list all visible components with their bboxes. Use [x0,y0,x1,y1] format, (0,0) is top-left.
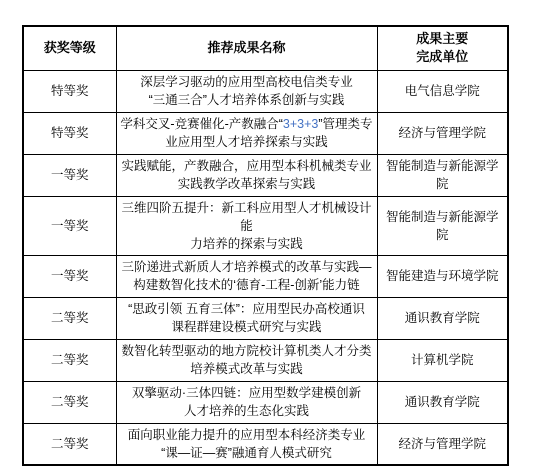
header-row: 获奖等级 推荐成果名称 成果主要 完成单位 [23,26,508,70]
completing-unit: 智能制造与新能源学院 [377,196,508,255]
completing-unit: 智能制造与新能源学院 [377,154,508,196]
award-level: 二等奖 [23,339,116,381]
completing-unit: 智能建造与环境学院 [377,255,508,297]
table-row: 特等奖 学科交叉-竞赛催化-产教融合“3+3+3”管理类专 业应用型人才培养探索… [23,112,508,154]
table-row: 二等奖 “思政引领 五育三体”：应用型民办高校通识 课程群建设模式研究与实践 通… [23,297,508,339]
completing-unit: 计算机学院 [377,339,508,381]
table-row: 二等奖 双擎驱动·三体四链：应用型数学建模创新 人才培养的生态化实践 通识教育学… [23,381,508,423]
award-level: 特等奖 [23,112,116,154]
achievement-name: “思政引领 五育三体”：应用型民办高校通识 课程群建设模式研究与实践 [116,297,377,339]
achievement-name-highlight: 3+3+3 [283,117,318,131]
header-achievement-name: 推荐成果名称 [116,26,377,70]
table-row: 一等奖 三阶递进式新质人才培养模式的改革与实践— 构建数智化技术的‘德育-工程-… [23,255,508,297]
achievement-name: 双擎驱动·三体四链：应用型数学建模创新 人才培养的生态化实践 [116,381,377,423]
award-level: 特等奖 [23,70,116,112]
table-row: 二等奖 数智化转型驱动的地方院校计算机类人才分类 培养模式改革与实践 计算机学院 [23,339,508,381]
achievement-name: 深层学习驱动的应用型高校电信类专业 “三通三合”人才培养体系创新与实践 [116,70,377,112]
achievement-name: 面向职业能力提升的应用型本科经济类专业 “课—证—赛”融通育人模式研究 [116,423,377,465]
achievement-name-text: 学科交叉-竞赛催化-产教融合“ [120,117,283,131]
table-row: 一等奖 三维四阶五提升：新工科应用型人才机械设计能 力培养的探索与实践 智能制造… [23,196,508,255]
header-award-level: 获奖等级 [23,26,116,70]
award-level: 一等奖 [23,255,116,297]
completing-unit: 经济与管理学院 [377,423,508,465]
award-level: 二等奖 [23,381,116,423]
award-level: 一等奖 [23,196,116,255]
table-row: 二等奖 面向职业能力提升的应用型本科经济类专业 “课—证—赛”融通育人模式研究 … [23,423,508,465]
header-completing-unit: 成果主要 完成单位 [377,26,508,70]
completing-unit: 电气信息学院 [377,70,508,112]
completing-unit: 通识教育学院 [377,381,508,423]
award-level: 一等奖 [23,154,116,196]
completing-unit: 通识教育学院 [377,297,508,339]
award-level: 二等奖 [23,423,116,465]
achievement-name: 学科交叉-竞赛催化-产教融合“3+3+3”管理类专 业应用型人才培养探索与实践 [116,112,377,154]
table-row: 一等奖 实践赋能，产教融合，应用型本科机械类专业 实践教学改革探索与实践 智能制… [23,154,508,196]
achievement-name: 实践赋能，产教融合，应用型本科机械类专业 实践教学改革探索与实践 [116,154,377,196]
achievement-name: 数智化转型驱动的地方院校计算机类人才分类 培养模式改革与实践 [116,339,377,381]
table-row: 特等奖 深层学习驱动的应用型高校电信类专业 “三通三合”人才培养体系创新与实践 … [23,70,508,112]
award-level: 二等奖 [23,297,116,339]
achievement-name: 三阶递进式新质人才培养模式的改革与实践— 构建数智化技术的‘德育-工程-创新’能… [116,255,377,297]
document-page: 获奖等级 推荐成果名称 成果主要 完成单位 特等奖 深层学习驱动的应用型高校电信… [0,0,537,470]
achievement-name: 三维四阶五提升：新工科应用型人才机械设计能 力培养的探索与实践 [116,196,377,255]
completing-unit: 经济与管理学院 [377,112,508,154]
awards-table: 获奖等级 推荐成果名称 成果主要 完成单位 特等奖 深层学习驱动的应用型高校电信… [22,25,509,466]
